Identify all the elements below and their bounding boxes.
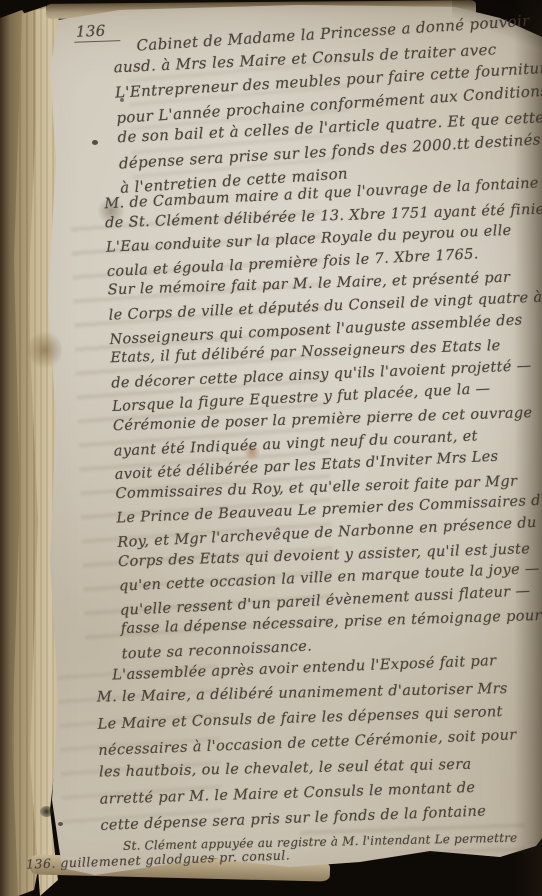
- manuscript-scan: 136 peyrou pose de la première pierre de…: [0, 0, 542, 896]
- handwritten-paragraph-3: L'assemblée après avoir entendu l'Exposé…: [96, 654, 520, 866]
- handwritten-paragraph-2: M. de Cambaum maire a dit que l'ouvrage …: [104, 176, 542, 668]
- handwritten-paragraph-1: Cabinet de Madame la Princesse a donné p…: [112, 12, 542, 200]
